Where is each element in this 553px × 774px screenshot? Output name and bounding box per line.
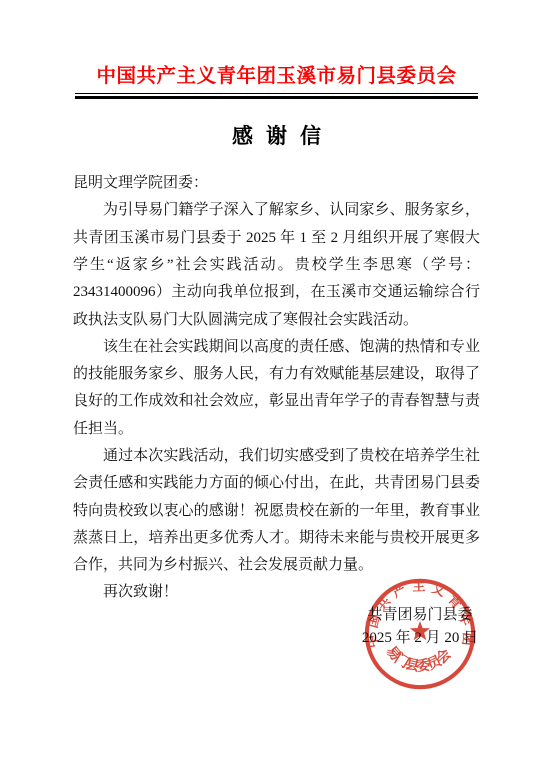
paragraph-3: 通过本次实践活动，我们切实感受到了贵校在培养学生社会责任感和实践能力方面的倾心付… bbox=[73, 443, 480, 579]
org-title: 中国共产主义青年团玉溪市易门县委员会 bbox=[0, 64, 553, 89]
letter-page: 中国共产主义青年团玉溪市易门县委员会 感谢信 昆明文理学院团委： 为引导易门籍学… bbox=[0, 0, 553, 774]
letter-body: 昆明文理学院团委： 为引导易门籍学子深入了解家乡、认同家乡、服务家乡，共青团玉溪… bbox=[73, 170, 480, 607]
paragraph-1: 为引导易门籍学子深入了解家乡、认同家乡、服务家乡，共青团玉溪市易门县委于 202… bbox=[73, 197, 480, 333]
signature-block: 共青团易门县委 2025 年 2 月 20 日 bbox=[330, 604, 510, 650]
salutation: 昆明文理学院团委： bbox=[73, 170, 480, 197]
header-double-rule bbox=[75, 93, 478, 99]
paragraph-2: 该生在社会实践期间以高度的责任感、饱满的热情和专业的技能服务家乡、服务人民，有力… bbox=[73, 334, 480, 443]
signature-date: 2025 年 2 月 20 日 bbox=[330, 627, 510, 650]
signature-org: 共青团易门县委 bbox=[330, 604, 510, 627]
letter-title: 感谢信 bbox=[0, 124, 553, 149]
rule-thick-line bbox=[75, 96, 478, 99]
closing-thanks: 再次致谢！ bbox=[73, 579, 480, 606]
